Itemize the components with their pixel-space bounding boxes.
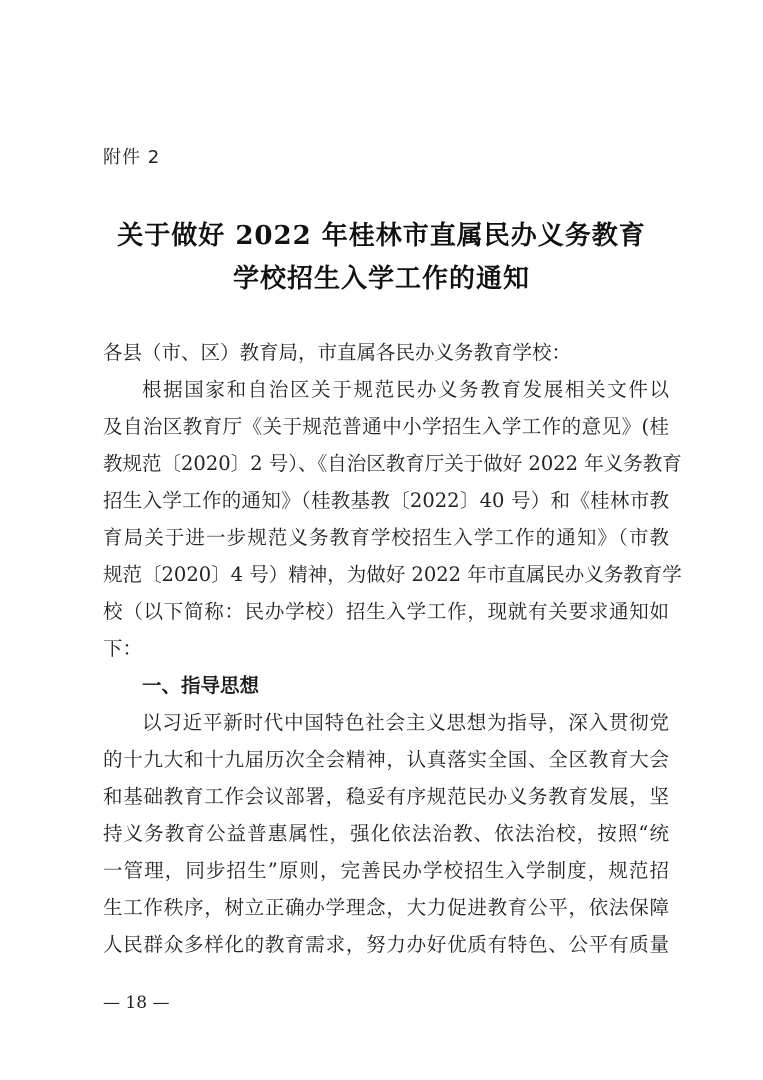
section-heading: 一、指导思想	[142, 674, 259, 698]
paragraph-line: 以习近平新时代中国特色社会主义思想为指导，深入贯彻党	[142, 711, 669, 735]
paragraph-line: 根据国家和自治区关于规范民办义务教育发展相关文件以	[142, 378, 669, 402]
document-title-line-2: 学校招生入学工作的通知	[0, 258, 763, 295]
paragraph-line: 一管理，同步招生”原则，完善民办学校招生入学制度，规范招	[103, 859, 669, 883]
paragraph-line: 规范〔2020〕4 号）精神，为做好 2022 年市直属民办义务教育学	[103, 563, 669, 587]
document-title-line-1: 关于做好 2022 年桂林市直属民办义务教育	[0, 215, 763, 252]
paragraph-line: 校（以下简称：民办学校）招生入学工作，现就有关要求通知如	[103, 600, 669, 624]
paragraph-line: 持义务教育公益普惠属性，强化依法治教、依法治校，按照“统	[103, 822, 669, 846]
paragraph-line: 和基础教育工作会议部署，稳妥有序规范民办义务教育发展，坚	[103, 785, 669, 809]
paragraph-line: 招生入学工作的通知》（桂教基教〔2022〕40 号）和《桂林市教	[103, 489, 669, 513]
document-page: 附件 2 关于做好 2022 年桂林市直属民办义务教育 学校招生入学工作的通知 …	[0, 0, 763, 1080]
paragraph-line: 教规范〔2020〕2 号）、《自治区教育厅关于做好 2022 年义务教育	[103, 452, 669, 476]
paragraph-line: 及自治区教育厅《关于规范普通中小学招生入学工作的意见》(桂	[103, 415, 669, 439]
paragraph-line: 人民群众多样化的教育需求，努力办好优质有特色、公平有质量	[103, 933, 669, 957]
paragraph-line: 下：	[103, 637, 669, 661]
page-number: — 18 —	[103, 993, 169, 1013]
attachment-label: 附件 2	[103, 143, 160, 169]
paragraph-line: 的十九大和十九届历次全会精神，认真落实全国、全区教育大会	[103, 748, 669, 772]
paragraph-line: 生工作秩序，树立正确办学理念，大力促进教育公平，依法保障	[103, 896, 669, 920]
paragraph-line: 育局关于进一步规范义务教育学校招生入学工作的通知》（市教	[103, 526, 669, 550]
salutation: 各县（市、区）教育局，市直属各民办义务教育学校：	[103, 341, 669, 365]
